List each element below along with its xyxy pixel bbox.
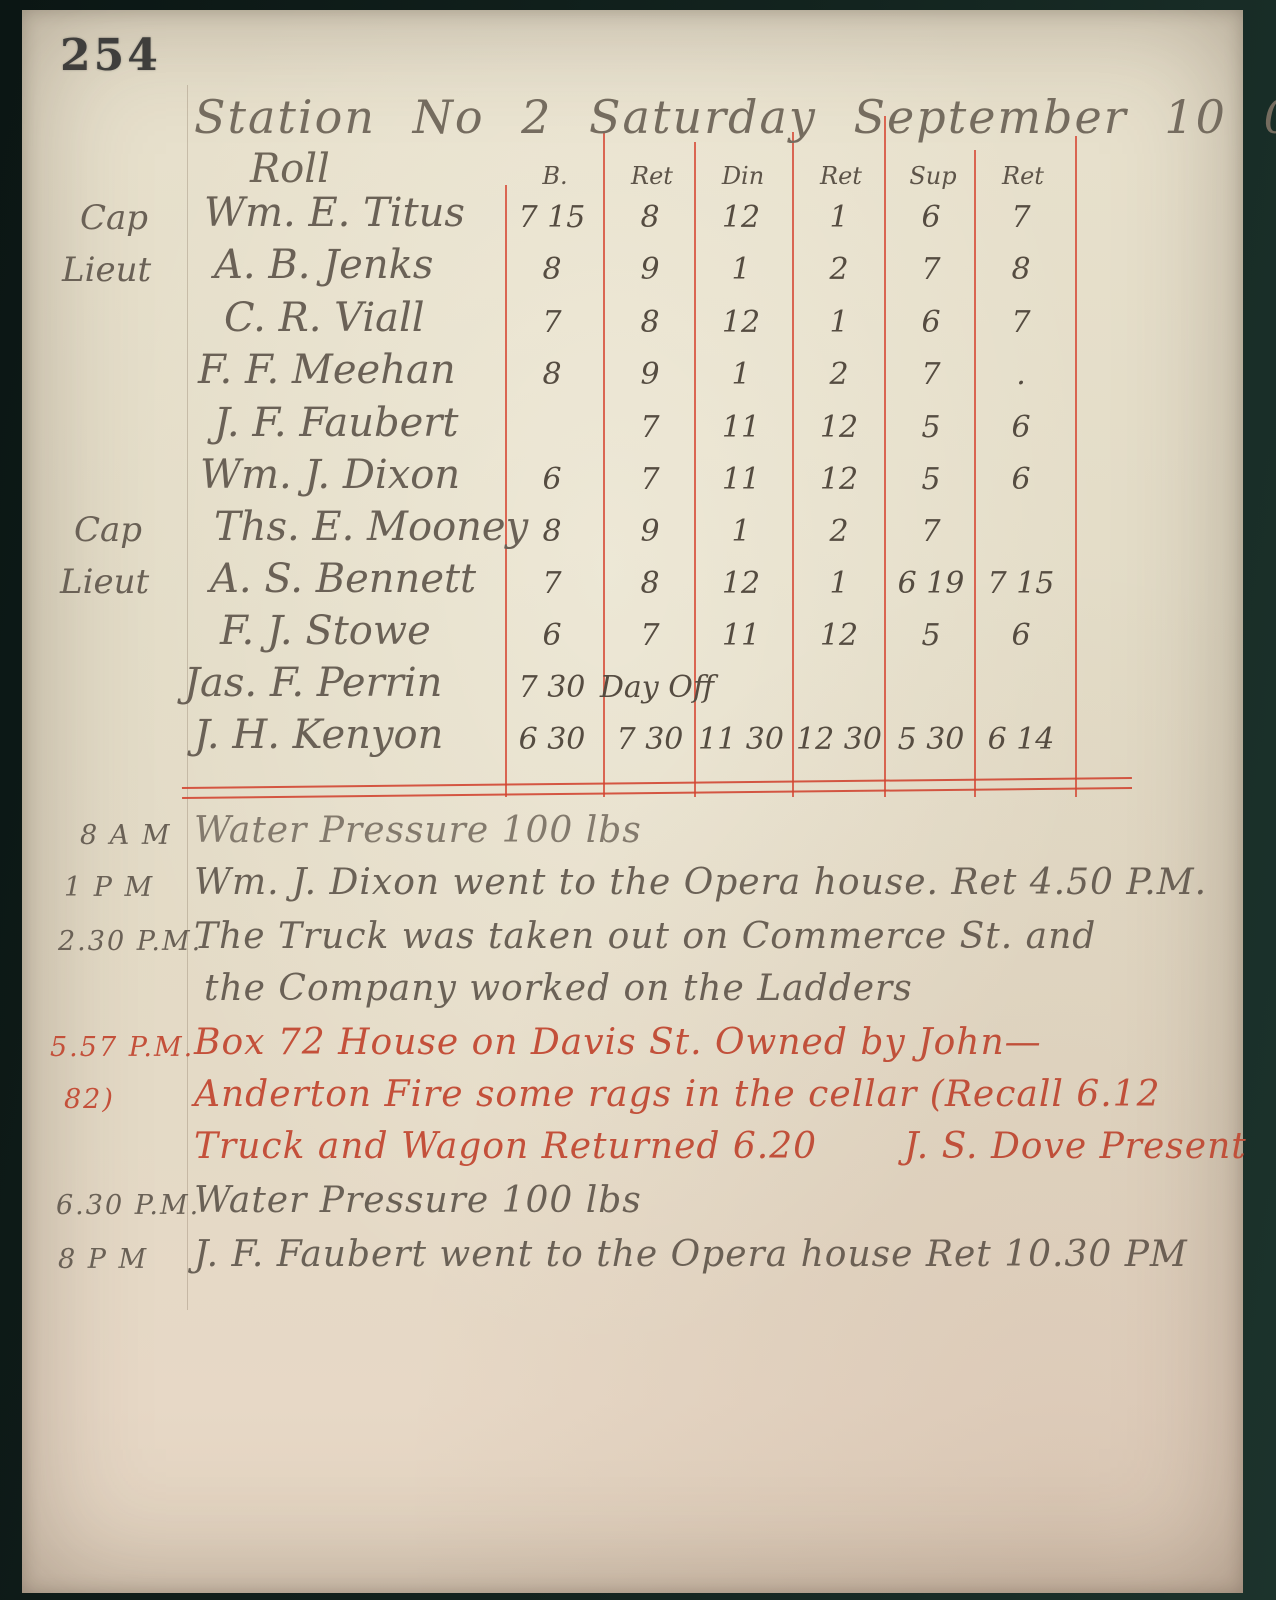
time-cell: 6	[885, 200, 977, 235]
time-cell: 7 15	[975, 566, 1067, 601]
time-cell: 7 15	[506, 200, 598, 235]
log-text: Water Pressure 100 lbs	[194, 810, 642, 851]
time-cell: 12	[695, 200, 787, 235]
time-cell: 12	[695, 305, 787, 340]
rank-label: Cap	[74, 510, 142, 550]
ledger-photo: 254 Station No 2 Saturday September 10 0…	[0, 0, 1276, 1600]
log-text: The Truck was taken out on Commerce St. …	[194, 916, 1096, 957]
time-cell: 2	[793, 357, 885, 392]
column-header: B.	[509, 162, 601, 190]
time-cell: 1	[793, 200, 885, 235]
log-time: 6.30 P.M.	[56, 1190, 200, 1221]
rank-label: Cap	[80, 198, 148, 238]
time-cell: 12	[793, 410, 885, 445]
header-title: Station No 2 Saturday September 10 04	[194, 90, 1276, 144]
time-cell: 8	[506, 252, 598, 287]
time-cell: 7	[604, 618, 696, 653]
time-cell: 1	[793, 305, 885, 340]
time-cell: 6	[975, 618, 1067, 653]
time-cell: 7 30	[506, 670, 598, 705]
log-text: Truck and Wagon Returned 6.20 J. S. Dove…	[194, 1126, 1247, 1167]
member-name: J. H. Kenyon	[194, 712, 443, 758]
time-cell: 11	[695, 410, 787, 445]
time-cell: 5 30	[885, 722, 977, 757]
log-time: 2.30 P.M.	[58, 926, 202, 957]
member-name: Wm. E. Titus	[204, 190, 465, 236]
time-cell: 8	[604, 200, 696, 235]
time-cell: 7	[604, 462, 696, 497]
member-name: F. J. Stowe	[220, 608, 431, 654]
time-cell: 1	[695, 514, 787, 549]
time-cell: 7	[885, 514, 977, 549]
time-cell: 7	[975, 305, 1067, 340]
log-text: Anderton Fire some rags in the cellar (R…	[194, 1074, 1161, 1115]
member-name: Ths. E. Mooney	[214, 504, 528, 550]
time-cell: 9	[604, 252, 696, 287]
time-cell: 7	[885, 357, 977, 392]
time-cell: 1	[793, 566, 885, 601]
time-cell: 5	[885, 462, 977, 497]
log-time: 5.57 P.M.	[50, 1032, 194, 1063]
time-cell: 8	[604, 566, 696, 601]
time-cell: 6	[975, 462, 1067, 497]
log-time: 8 P M	[58, 1244, 148, 1275]
time-cell: 7	[885, 252, 977, 287]
time-cell: 9	[604, 514, 696, 549]
member-name: A. B. Jenks	[214, 242, 433, 288]
log-text: Box 72 House on Davis St. Owned by John—	[194, 1022, 1042, 1063]
time-cell: 2	[793, 252, 885, 287]
time-cell: 7	[975, 200, 1067, 235]
rank-label: Lieut	[60, 562, 149, 602]
log-time: 82)	[64, 1084, 115, 1115]
member-name: C. R. Viall	[224, 295, 425, 341]
time-cell: 9	[604, 357, 696, 392]
time-cell: 7	[506, 305, 598, 340]
time-cell: 8	[604, 305, 696, 340]
ledger-sheet: 254 Station No 2 Saturday September 10 0…	[22, 10, 1243, 1593]
time-cell: 7	[604, 410, 696, 445]
table-bottom-rule	[182, 775, 1132, 805]
time-cell: 7	[506, 566, 598, 601]
log-text: Wm. J. Dixon went to the Opera house. Re…	[194, 862, 1207, 903]
time-cell: 6	[506, 618, 598, 653]
time-cell: 5	[885, 618, 977, 653]
column-header: Ret	[795, 162, 887, 190]
column-header: Din	[697, 162, 789, 190]
log-text: J. F. Faubert went to the Opera house Re…	[194, 1234, 1188, 1275]
time-cell: 6 19	[885, 566, 977, 601]
time-cell: 6	[506, 462, 598, 497]
time-cell: 7 30	[604, 722, 696, 757]
roll-label: Roll	[250, 146, 330, 192]
member-name: Wm. J. Dixon	[200, 452, 460, 498]
time-cell: 6 14	[975, 722, 1067, 757]
column-header: Ret	[977, 162, 1069, 190]
time-cell: 8	[506, 357, 598, 392]
time-cell: 1	[695, 252, 787, 287]
time-cell: 11 30	[695, 722, 787, 757]
time-cell: 8	[506, 514, 598, 549]
time-cell: 6	[975, 410, 1067, 445]
log-time: 1 P M	[64, 872, 154, 903]
log-time: 8 A M	[80, 820, 172, 851]
member-name: A. S. Bennett	[210, 556, 476, 602]
time-cell: 1	[695, 357, 787, 392]
time-cell: 5	[885, 410, 977, 445]
column-rule	[1075, 136, 1077, 797]
time-cell: 8	[975, 252, 1067, 287]
member-name: F. F. Meehan	[198, 347, 456, 393]
time-cell: Day Off	[592, 670, 722, 705]
page-number: 254	[60, 30, 161, 81]
log-text: the Company worked on the Ladders	[204, 968, 913, 1009]
time-cell: 12	[793, 462, 885, 497]
time-cell: 12	[695, 566, 787, 601]
time-cell: 11	[695, 462, 787, 497]
column-header: Ret	[606, 162, 698, 190]
rank-label: Lieut	[62, 250, 151, 290]
member-name: J. F. Faubert	[214, 400, 458, 446]
time-cell: 6 30	[506, 722, 598, 757]
member-name: Jas. F. Perrin	[184, 660, 442, 706]
time-cell: 11	[695, 618, 787, 653]
time-cell: .	[975, 357, 1067, 392]
column-header: Sup	[887, 162, 979, 190]
log-text: Water Pressure 100 lbs	[194, 1180, 642, 1221]
time-cell: 2	[793, 514, 885, 549]
time-cell: 12	[793, 618, 885, 653]
time-cell: 12 30	[793, 722, 885, 757]
time-cell: 6	[885, 305, 977, 340]
